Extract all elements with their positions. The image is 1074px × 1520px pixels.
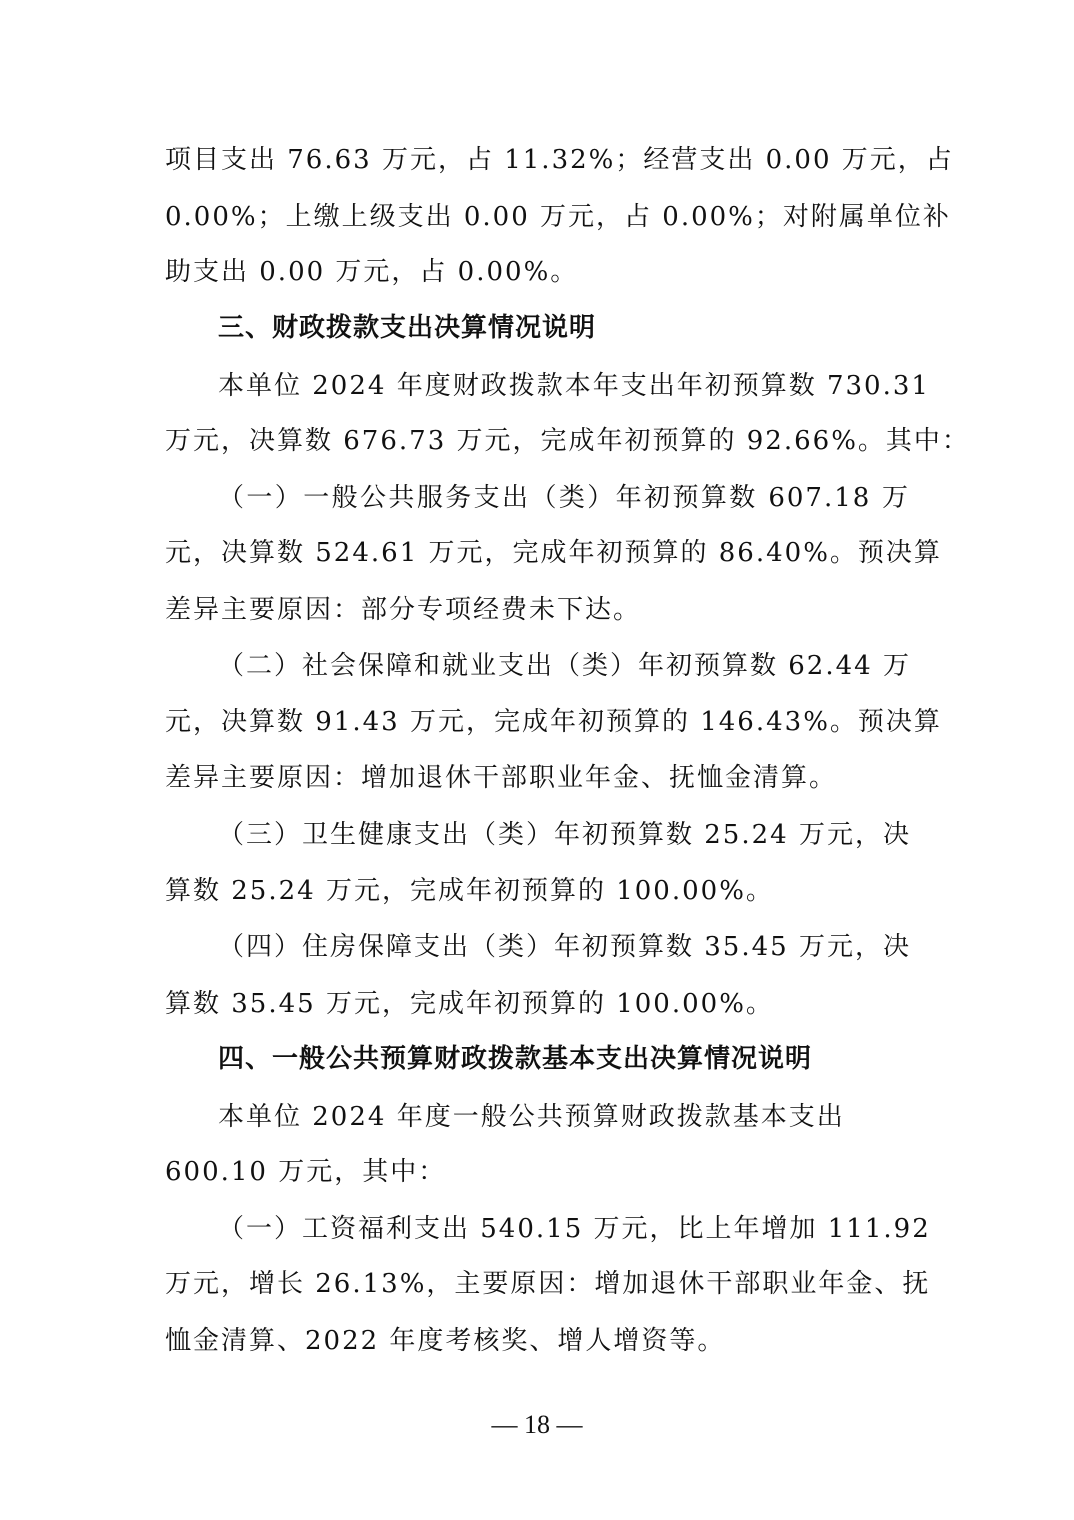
paragraph-line: 本单位 2024 年度财政拨款本年支出年初预算数 730.31 (218, 366, 910, 406)
list-item-line: 元，决算数 91.43 万元，完成年初预算的 146.43%。预决算 (165, 702, 910, 742)
list-item-line: （二）社会保障和就业支出（类）年初预算数 62.44 万 (218, 646, 910, 686)
list-item-line: 算数 25.24 万元，完成年初预算的 100.00%。 (165, 871, 910, 911)
list-item-line: 万元，增长 26.13%，主要原因：增加退休干部职业年金、抚 (165, 1264, 910, 1304)
page-number: — 18 — (0, 1405, 1074, 1445)
list-item-line: 差异主要原因：部分专项经费未下达。 (165, 590, 910, 630)
list-item-line: 元，决算数 524.61 万元，完成年初预算的 86.40%。预决算 (165, 533, 910, 573)
paragraph-line: 0.00%；上缴上级支出 0.00 万元，占 0.00%；对附属单位补 (165, 197, 910, 237)
paragraph-line: 项目支出 76.63 万元，占 11.32%；经营支出 0.00 万元，占 (165, 140, 910, 180)
list-item-line: 算数 35.45 万元，完成年初预算的 100.00%。 (165, 984, 910, 1024)
paragraph-line: 600.10 万元，其中： (165, 1152, 910, 1192)
list-item-line: （四）住房保障支出（类）年初预算数 35.45 万元，决 (218, 927, 910, 967)
list-item-line: （一）一般公共服务支出（类）年初预算数 607.18 万 (218, 478, 910, 518)
paragraph-line: 万元，决算数 676.73 万元，完成年初预算的 92.66%。其中： (165, 421, 910, 461)
document-page: 项目支出 76.63 万元，占 11.32%；经营支出 0.00 万元，占 0.… (0, 0, 1074, 1520)
paragraph-line: 助支出 0.00 万元，占 0.00%。 (165, 252, 910, 292)
list-item-line: （三）卫生健康支出（类）年初预算数 25.24 万元，决 (218, 815, 910, 855)
list-item-line: （一）工资福利支出 540.15 万元，比上年增加 111.92 (218, 1209, 910, 1249)
paragraph-line: 本单位 2024 年度一般公共预算财政拨款基本支出 (218, 1097, 838, 1137)
list-item-line: 差异主要原因：增加退休干部职业年金、抚恤金清算。 (165, 758, 910, 798)
section-heading: 四、一般公共预算财政拨款基本支出决算情况说明 (218, 1039, 812, 1079)
section-heading: 三、财政拨款支出决算情况说明 (218, 308, 596, 348)
list-item-line: 恤金清算、2022 年度考核奖、增人增资等。 (165, 1321, 910, 1361)
